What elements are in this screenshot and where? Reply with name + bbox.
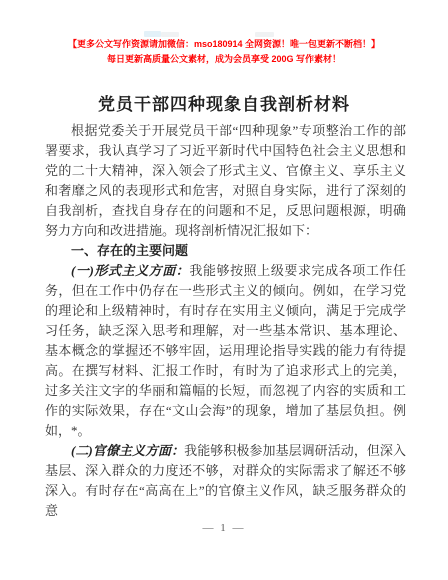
paragraph: (二)官僚主义方面：我能够积极参加基层调研活动，但深入基层、深入群众的力度还不够… [45, 441, 406, 521]
ad-banner-line2: 每日更新高质量公文素材，成为会员享受 200G 写作素材！ [0, 52, 448, 67]
section-heading: 一、存在的主要问题 [45, 241, 406, 261]
ad-banner-line1: 【更多公文写作资源请加微信：mso180914 全网资源！唯一包更新不断档！】 [0, 37, 448, 52]
document-page: 【更多公文写作资源请加微信：mso180914 全网资源！唯一包更新不断档！】 … [0, 0, 448, 580]
ad-banner: 【更多公文写作资源请加微信：mso180914 全网资源！唯一包更新不断档！】 … [0, 37, 448, 67]
paragraph: 根据党委关于开展党员干部“四种现象”专项整治工作的部署要求，我认真学习了习近平新… [45, 121, 406, 241]
document-body: 根据党委关于开展党员干部“四种现象”专项整治工作的部署要求，我认真学习了习近平新… [45, 121, 406, 521]
paragraph-lead: (一)形式主义方面： [71, 263, 189, 278]
paragraph-lead: (二)官僚主义方面： [71, 443, 184, 458]
document-title: 党员干部四种现象自我剖析材料 [0, 90, 448, 115]
paragraph: (一)形式主义方面：我能够按照上级要求完成各项工作任务，但在工作中仍存在一些形式… [45, 261, 406, 441]
page-number: — 1 — [0, 522, 448, 534]
